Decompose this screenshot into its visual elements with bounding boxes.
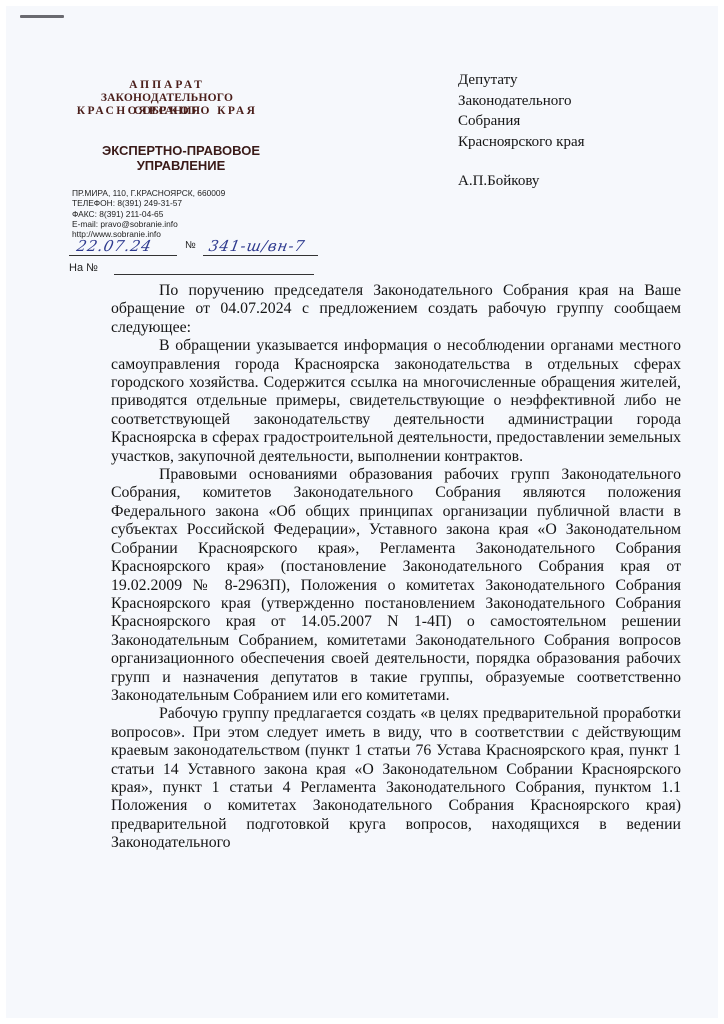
org-title-line-3: КРАСНОЯРСКОГО КРАЯ xyxy=(72,105,262,118)
contact-block: ПР.МИРА, 110, Г.КРАСНОЯРСК, 660009 ТЕЛЕФ… xyxy=(72,188,225,239)
scan-artifact-mark xyxy=(20,15,64,18)
reference-underline xyxy=(114,274,314,275)
letter-body: По поручению председателя Законодательно… xyxy=(111,282,681,853)
org-title-line-1: АППАРАТ xyxy=(72,79,262,92)
addressee-line-1: Депутату xyxy=(458,70,585,91)
addressee-line-3: Собрания xyxy=(458,111,585,132)
handwritten-number: 341-ш/вн-7 xyxy=(207,237,306,255)
number-label: № xyxy=(185,240,196,251)
date-underline xyxy=(69,255,177,256)
department-title-line-1: ЭКСПЕРТНО-ПРАВОВОЕ xyxy=(96,143,266,158)
number-underline xyxy=(203,255,318,256)
email: E-mail: pravo@sobranie.info xyxy=(72,219,225,229)
addressee-line-4: Красноярского края xyxy=(458,132,585,153)
paragraph-1: По поручению председателя Законодательно… xyxy=(111,282,681,337)
addressee-name: А.П.Бойкову xyxy=(458,171,585,192)
paragraph-3: Правовыми основаниями образования рабочи… xyxy=(111,466,681,705)
addressee-block: Депутату Законодательного Собрания Красн… xyxy=(458,70,585,192)
department-title-line-2: УПРАВЛЕНИЕ xyxy=(96,158,266,173)
registration-line: 22.07.24 № 341-ш/вн-7 xyxy=(69,236,319,258)
addressee-line-2: Законодательного xyxy=(458,91,585,112)
phone: ТЕЛЕФОН: 8(391) 249-31-57 xyxy=(72,198,225,208)
address: ПР.МИРА, 110, Г.КРАСНОЯРСК, 660009 xyxy=(72,188,225,198)
fax: ФАКС: 8(391) 211-04-65 xyxy=(72,209,225,219)
paragraph-2: В обращении указывается информация о нес… xyxy=(111,337,681,466)
reference-label: На № xyxy=(69,262,98,274)
handwritten-date: 22.07.24 xyxy=(75,237,154,255)
document-page: АППАРАТ ЗАКОНОДАТЕЛЬНОГО СОБРАНИЯ КРАСНО… xyxy=(6,6,718,1018)
paragraph-4: Рабочую группу предлагается создать «в ц… xyxy=(111,705,681,852)
